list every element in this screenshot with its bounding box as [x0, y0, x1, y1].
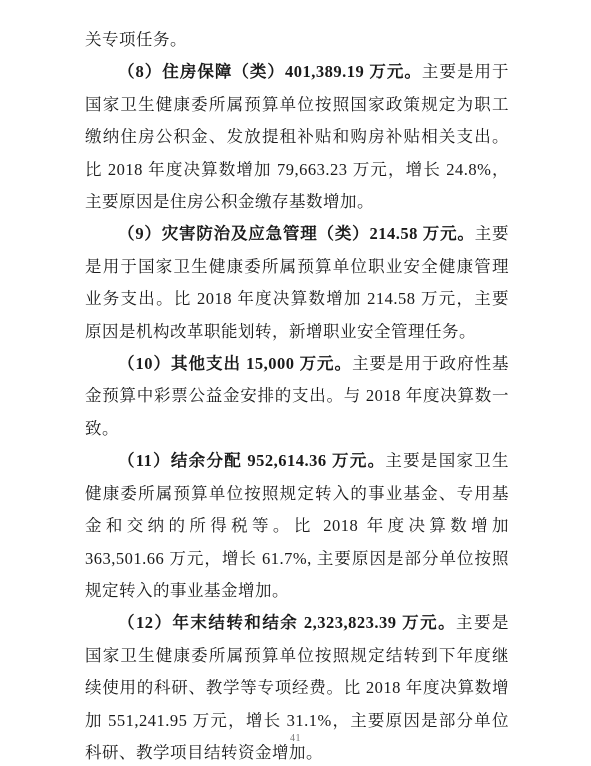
paragraph-item-10: （10）其他支出 15,000 万元。主要是用于政府性基金预算中彩票公益金安排的…	[85, 348, 509, 445]
paragraph-lead: （8）住房保障（类）401,389.19 万元。	[118, 62, 422, 81]
paragraph-lead: （9）灾害防治及应急管理（类）214.58 万元。	[118, 224, 475, 243]
paragraph-lead: （12）年末结转和结余 2,323,823.39 万元。	[118, 613, 456, 632]
paragraph-body: 主要是用于国家卫生健康委所属预算单位按照国家政策规定为职工缴纳住房公积金、发放提…	[85, 62, 509, 211]
page-number: 41	[0, 733, 591, 744]
paragraph-item-11: （11）结余分配 952,614.36 万元。主要是国家卫生健康委所属预算单位按…	[85, 445, 509, 607]
paragraph-lead: （11）结余分配 952,614.36 万元。	[118, 451, 385, 470]
document-page: 关专项任务。 （8）住房保障（类）401,389.19 万元。主要是用于国家卫生…	[0, 0, 591, 766]
paragraph-text: 关专项任务。	[85, 30, 187, 49]
paragraph-item-8: （8）住房保障（类）401,389.19 万元。主要是用于国家卫生健康委所属预算…	[85, 56, 509, 218]
paragraph-lead: （10）其他支出 15,000 万元。	[118, 354, 352, 373]
paragraph-continuation: 关专项任务。	[85, 24, 509, 56]
document-body: 关专项任务。 （8）住房保障（类）401,389.19 万元。主要是用于国家卫生…	[85, 24, 509, 766]
paragraph-body: 主要是国家卫生健康委所属预算单位按照规定转入的事业基金、专用基金和交纳的所得税等…	[85, 451, 509, 600]
paragraph-item-9: （9）灾害防治及应急管理（类）214.58 万元。主要是用于国家卫生健康委所属预…	[85, 218, 509, 348]
